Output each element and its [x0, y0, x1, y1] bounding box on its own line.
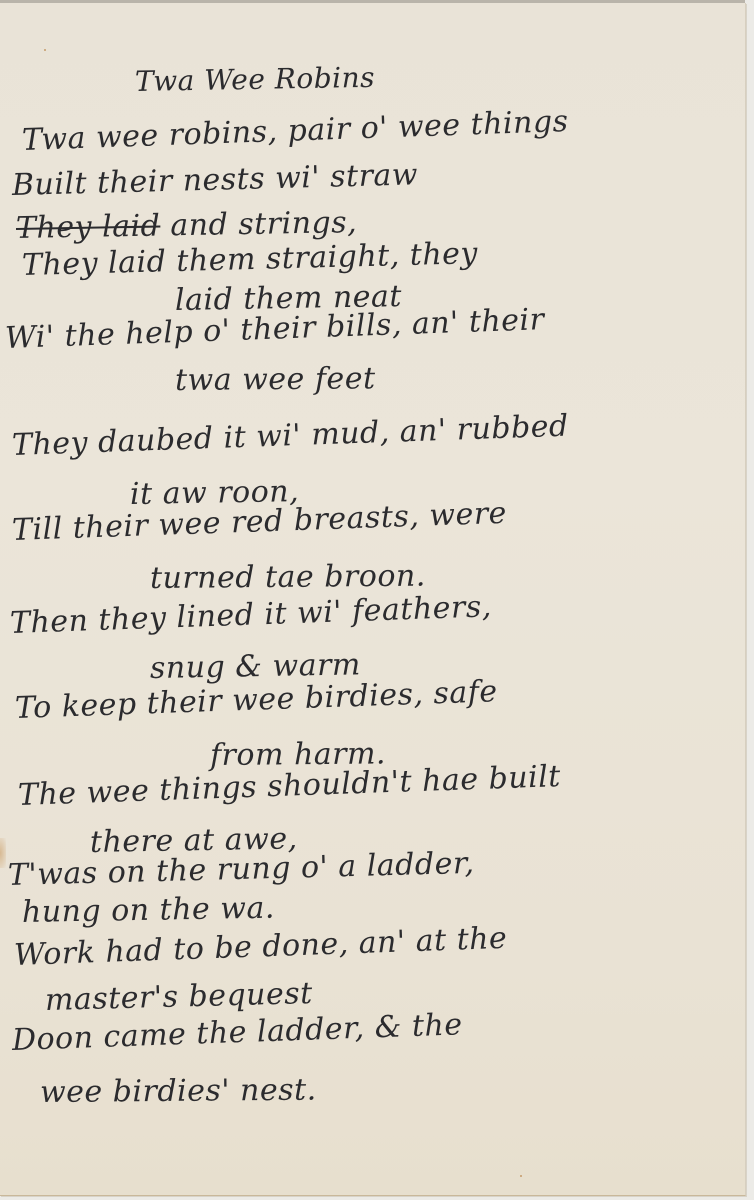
poem-line-10: Till their wee red breasts, were: [11, 496, 507, 548]
poem-title: Twa Wee Robins: [135, 61, 376, 98]
poem-line-11: turned tae broon.: [150, 559, 426, 596]
poem-line-19: hung on the wa.: [22, 891, 275, 930]
poem-line-21: master's bequest: [45, 976, 314, 1018]
poem-line-18: T'was on the rung o' a ladder,: [8, 846, 475, 893]
poem-line-2: Built their nests wi' straw: [12, 157, 419, 203]
paper-stain: [0, 838, 6, 868]
poem-line-12: Then they lined it wi' feathers,: [9, 589, 492, 641]
poem-line-23: wee birdies' nest.: [40, 1073, 317, 1110]
poem-line-1: Twa wee robins, pair o' wee things: [21, 104, 569, 158]
struck-out-text: They laid: [16, 208, 161, 246]
paper-speck: [520, 1175, 522, 1177]
poem-line-7: twa wee feet: [175, 361, 376, 398]
paper-speck: [44, 49, 46, 51]
poem-line-3-text: and strings,: [170, 205, 357, 243]
poem-line-14: To keep their wee birdies, safe: [14, 674, 498, 726]
poem-line-8: They daubed it wi' mud, an' rubbed: [11, 409, 569, 463]
paper-sheet: Twa Wee Robins Twa wee robins, pair o' w…: [0, 3, 746, 1196]
